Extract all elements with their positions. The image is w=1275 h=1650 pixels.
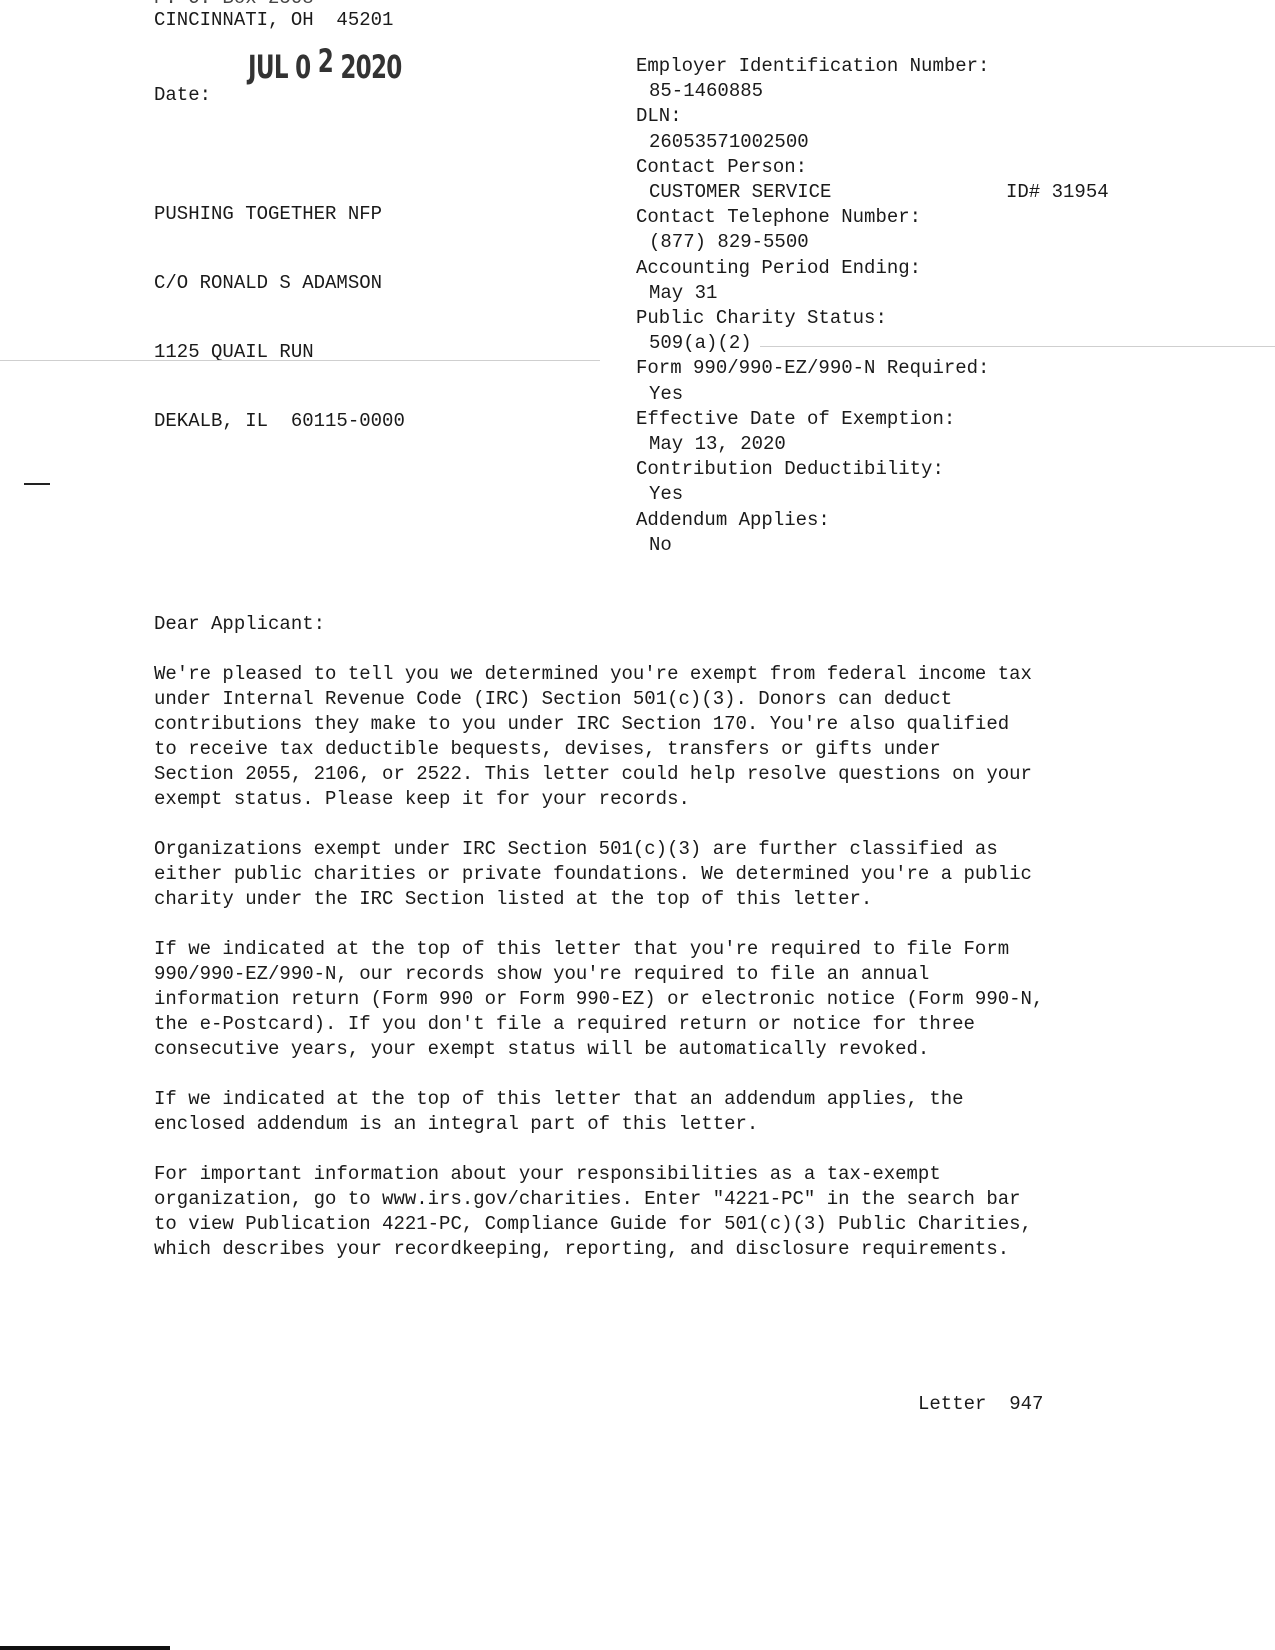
contact-id: ID# 31954 — [1006, 180, 1109, 205]
body-paragraph: If we indicated at the top of this lette… — [154, 937, 1154, 1062]
stamp-month: JUL — [248, 48, 288, 86]
stamp-year: 2020 — [340, 48, 401, 86]
detail-label: DLN: — [636, 104, 989, 129]
margin-mark — [24, 483, 50, 485]
stamp-day-ones: 2 — [318, 42, 333, 80]
body-paragraph: For important information about your res… — [154, 1162, 1154, 1262]
stamp-day-tens: 0 — [295, 48, 310, 86]
detail-value: 26053571002500 — [636, 130, 989, 155]
recipient-line: C/O RONALD S ADAMSON — [154, 271, 405, 296]
detail-value: Yes — [636, 382, 989, 407]
recipient-line: PUSHING TOGETHER NFP — [154, 202, 405, 227]
detail-label: Contact Telephone Number: — [636, 205, 989, 230]
detail-value: 85-1460885 — [636, 79, 989, 104]
detail-label: Employer Identification Number: — [636, 54, 989, 79]
detail-value: May 31 — [636, 281, 989, 306]
detail-label: Accounting Period Ending: — [636, 256, 989, 281]
detail-label: Form 990/990-EZ/990-N Required: — [636, 356, 989, 381]
detail-label: Effective Date of Exemption: — [636, 407, 989, 432]
determination-details: Employer Identification Number: 85-14608… — [636, 54, 989, 558]
scan-artifact — [0, 360, 600, 361]
sender-city: CINCINNATI, OH 45201 — [154, 8, 393, 33]
detail-value: Yes — [636, 482, 989, 507]
detail-label: Public Charity Status: — [636, 306, 989, 331]
body-paragraph: Organizations exempt under IRC Section 5… — [154, 837, 1154, 912]
detail-label: Contribution Deductibility: — [636, 457, 989, 482]
detail-label: Addendum Applies: — [636, 508, 989, 533]
scan-artifact — [760, 346, 1275, 347]
detail-value: May 13, 2020 — [636, 432, 989, 457]
recipient-line: 1125 QUAIL RUN — [154, 340, 405, 365]
salutation: Dear Applicant: — [154, 612, 1154, 637]
detail-value: (877) 829-5500 — [636, 230, 989, 255]
scan-edge — [0, 1646, 170, 1650]
letter-number: Letter 947 — [918, 1392, 1043, 1417]
date-stamp: JUL 0 2 2020 — [248, 48, 402, 86]
body-paragraph: If we indicated at the top of this lette… — [154, 1087, 1154, 1137]
detail-label: Contact Person: — [636, 155, 989, 180]
recipient-line: DEKALB, IL 60115-0000 — [154, 409, 405, 434]
detail-value: CUSTOMER SERVICE — [636, 180, 989, 205]
recipient-address: PUSHING TOGETHER NFP C/O RONALD S ADAMSO… — [154, 158, 405, 478]
date-label: Date: — [154, 83, 211, 108]
detail-value: No — [636, 533, 989, 558]
letter-body: Dear Applicant: We're pleased to tell yo… — [154, 612, 1154, 1287]
body-paragraph: We're pleased to tell you we determined … — [154, 662, 1154, 812]
detail-value: 509(a)(2) — [636, 331, 989, 356]
